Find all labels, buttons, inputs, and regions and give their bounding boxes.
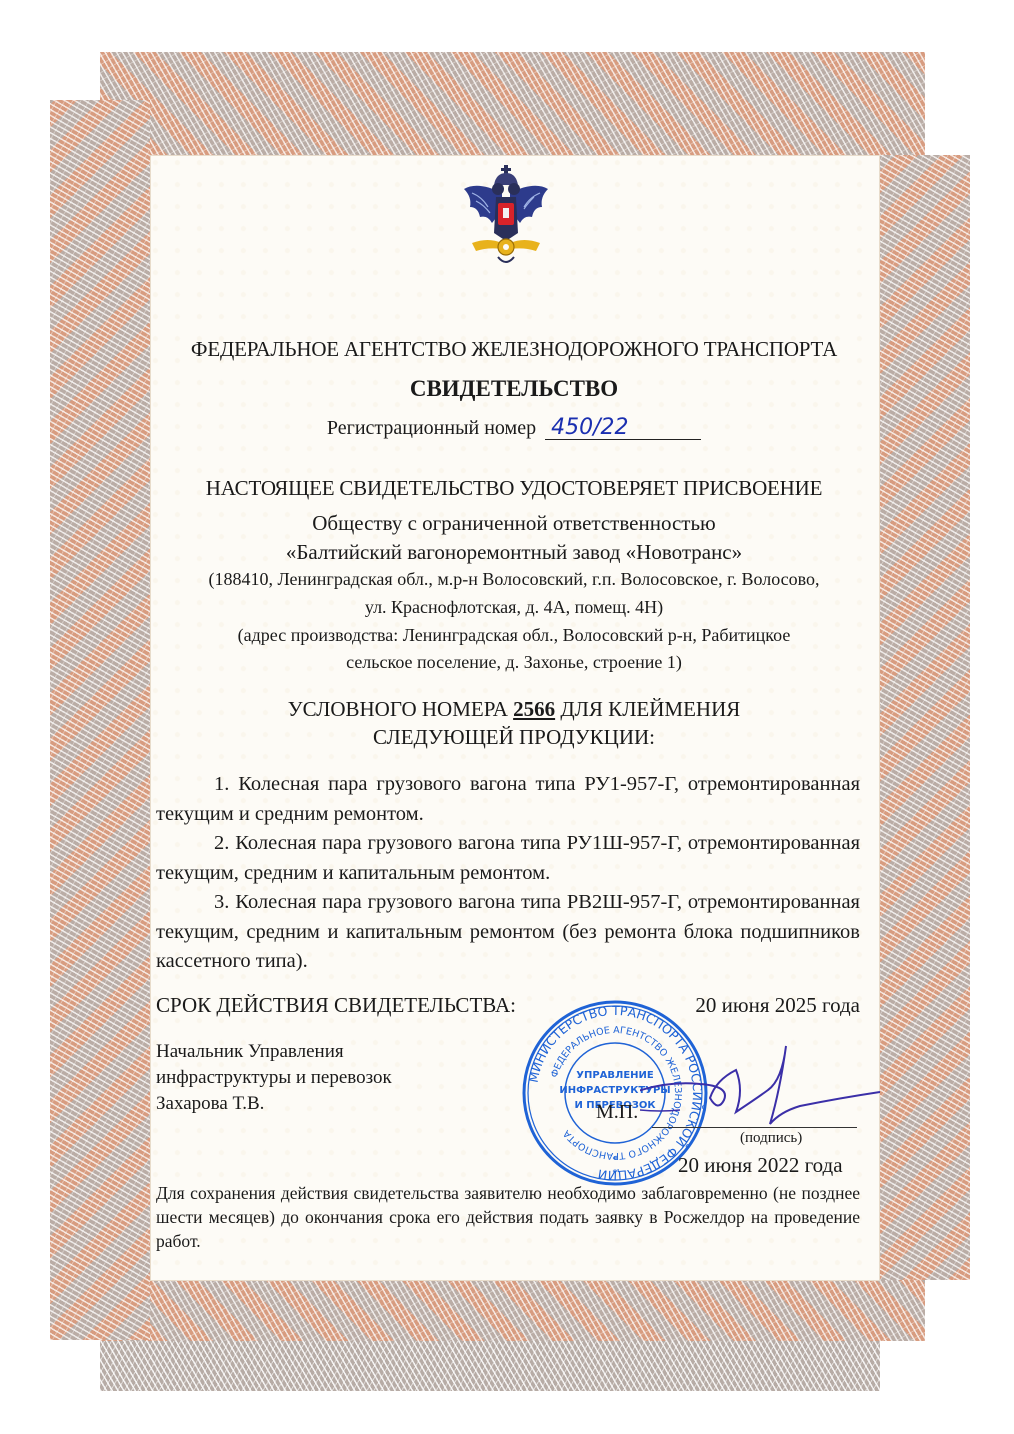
product-item: 3. Колесная пара грузового вагона типа Р… (156, 888, 860, 977)
conditional-number-prefix: УСЛОВНОГО НОМЕРА (288, 697, 513, 721)
conditional-number-line: УСЛОВНОГО НОМЕРА 2566 ДЛЯ КЛЕЙМЕНИЯ (150, 697, 878, 722)
railway-eagle-emblem-icon (458, 163, 554, 271)
border-bottom-braid (100, 1279, 925, 1341)
conditional-number-value: 2566 (513, 697, 555, 721)
border-right-braid (878, 155, 970, 1280)
official-block: Начальник Управления инфраструктуры и пе… (156, 1039, 392, 1117)
organization-name: «Балтийский вагоноремонтный завод «Новот… (150, 540, 878, 565)
handwritten-signature-icon (640, 1040, 880, 1140)
validity-label: СРОК ДЕЙСТВИЯ СВИДЕТЕЛЬСТВА: (156, 993, 516, 1018)
official-position-line-2: инфраструктуры и перевозок (156, 1065, 392, 1091)
border-left-braid (50, 100, 150, 1340)
agency-name: ФЕДЕРАЛЬНОЕ АГЕНТСТВО ЖЕЛЕЗНОДОРОЖНОГО Т… (150, 337, 878, 362)
renewal-note: Для сохранения действия свидетельства за… (156, 1181, 860, 1253)
registration-number-line: Регистрационный номер 450/22 (150, 417, 878, 440)
products-heading: СЛЕДУЮЩЕЙ ПРОДУКЦИИ: (150, 725, 878, 750)
registration-number-value: 450/22 (545, 417, 701, 440)
conditional-number-suffix: ДЛЯ КЛЕЙМЕНИЯ (555, 697, 740, 721)
certifies-heading: НАСТОЯЩЕЕ СВИДЕТЕЛЬСТВО УДОСТОВЕРЯЕТ ПРИ… (150, 476, 878, 501)
validity-line: СРОК ДЕЙСТВИЯ СВИДЕТЕЛЬСТВА: 20 июня 202… (156, 993, 860, 1018)
svg-text:*: * (612, 1154, 618, 1166)
legal-address-line-1: (188410, Ленинградская обл., м.р-н Волос… (150, 569, 878, 590)
official-position-line-1: Начальник Управления (156, 1039, 392, 1065)
product-item: 1. Колесная пара грузового вагона типа Р… (156, 770, 860, 829)
product-item: 2. Колесная пара грузового вагона типа Р… (156, 829, 860, 888)
validity-date: 20 июня 2025 года (695, 993, 860, 1018)
signature-line (652, 1127, 857, 1128)
border-bottom-outer (100, 1341, 880, 1391)
organization-type: Обществу с ограниченной ответственностью (150, 511, 878, 536)
seal-place-label: М.П. (596, 1101, 638, 1124)
production-address-line-2: сельское поселение, д. Захонье, строение… (150, 652, 878, 673)
legal-address-line-2: ул. Краснофлотская, д. 4А, помещ. 4Н) (150, 597, 878, 618)
registration-number-label: Регистрационный номер (327, 417, 536, 440)
issue-date: 20 июня 2022 года (678, 1153, 843, 1178)
production-address-line-1: (адрес производства: Ленинградская обл.,… (150, 625, 878, 646)
svg-text:*: * (612, 1167, 618, 1179)
products-list: 1. Колесная пара грузового вагона типа Р… (156, 770, 860, 977)
official-name: Захарова Т.В. (156, 1091, 392, 1117)
certificate-title: СВИДЕТЕЛЬСТВО (150, 376, 878, 402)
border-top-braid (100, 52, 925, 155)
signature-caption: (подпись) (740, 1130, 802, 1147)
